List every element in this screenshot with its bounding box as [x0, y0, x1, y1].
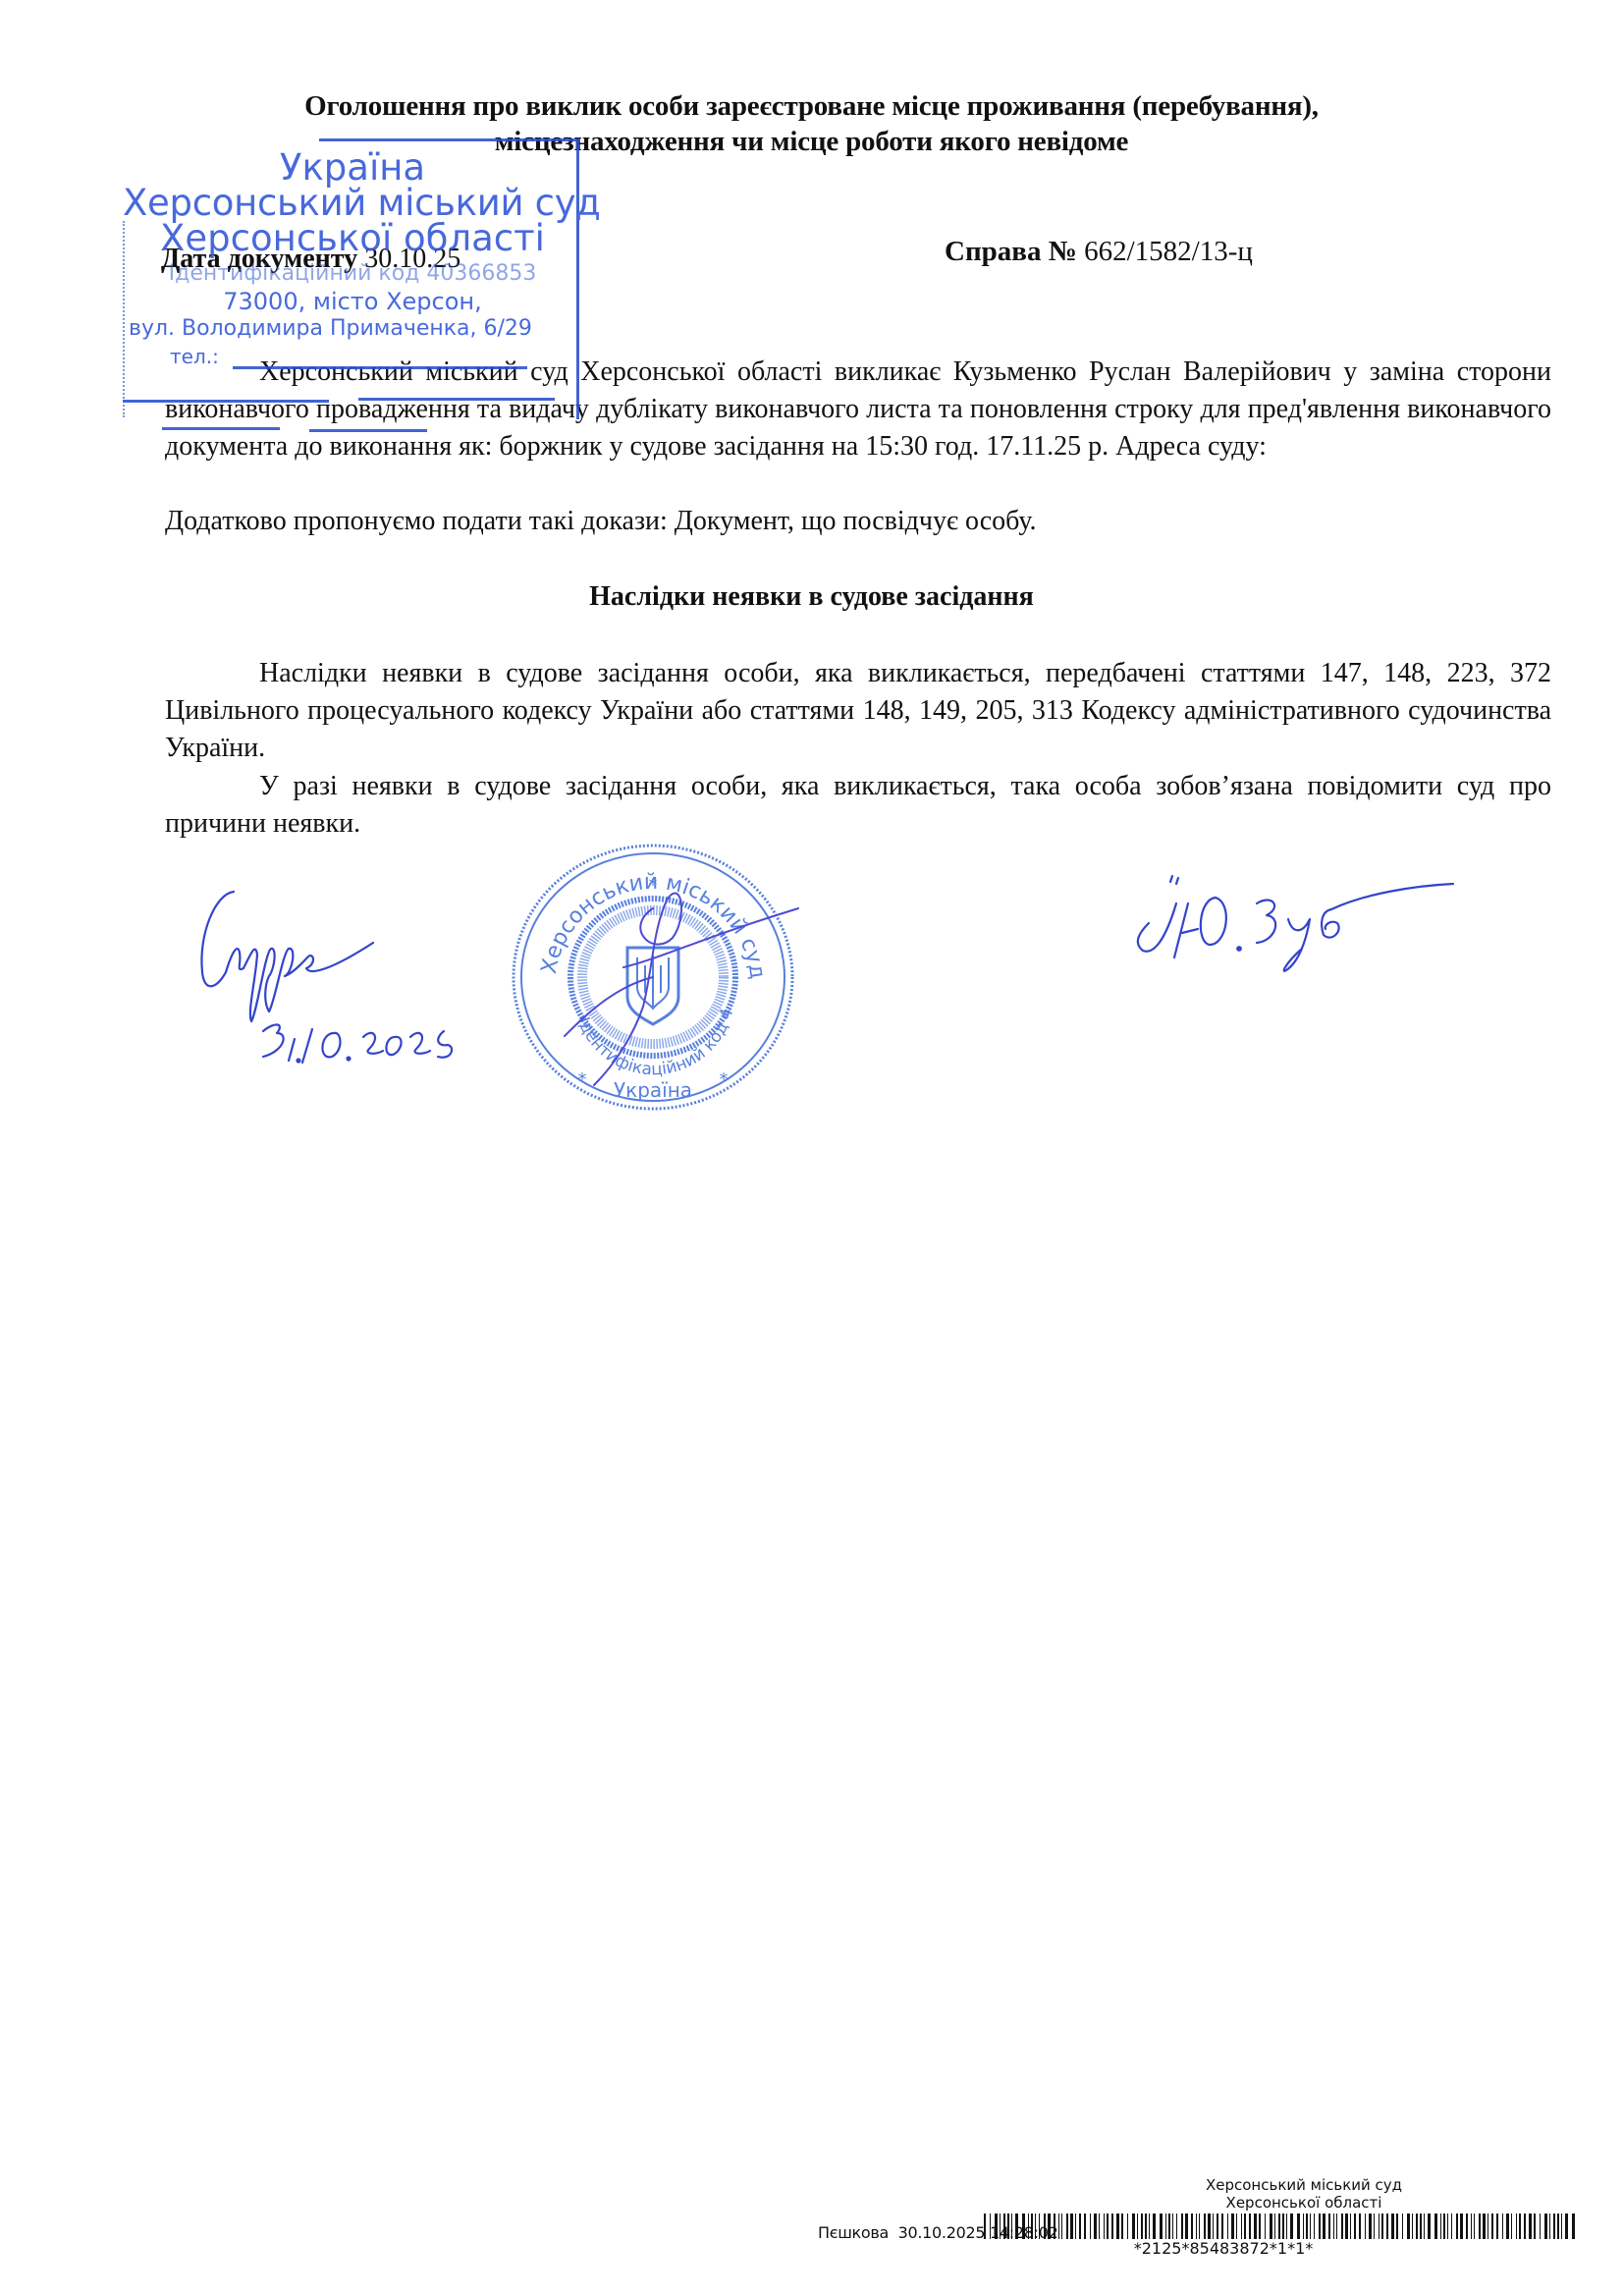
barcode-bar — [1524, 2214, 1526, 2239]
barcode-bar — [1440, 2214, 1441, 2239]
barcode-bar — [1048, 2214, 1051, 2239]
barcode-bar — [1451, 2214, 1452, 2239]
summons-text: Херсонський міський суд Херсонської обла… — [165, 356, 1551, 462]
footer-court-name: Херсонський міський суд — [1176, 2176, 1432, 2194]
barcode-bar — [1341, 2214, 1343, 2239]
barcode-bar — [1460, 2214, 1463, 2239]
barcode-bar — [1075, 2214, 1076, 2239]
stamp-border-left — [123, 221, 126, 417]
barcode-bar — [1196, 2214, 1197, 2239]
seal-id-text: Ідентифікаційний код 40366853 — [506, 840, 737, 1079]
barcode-bar — [1534, 2214, 1536, 2239]
evidence-text: Додатково пропонуємо подати такі докази:… — [165, 506, 1037, 536]
barcode-bar — [1359, 2214, 1361, 2239]
barcode-bar — [1420, 2214, 1422, 2239]
barcode-bar — [1270, 2214, 1272, 2239]
case-number-label: Справа № — [945, 236, 1077, 267]
barcode-bar — [1561, 2214, 1562, 2239]
barcode-bar — [1217, 2214, 1218, 2239]
barcode-bar — [1350, 2214, 1351, 2239]
barcode-bar — [1254, 2214, 1257, 2239]
barcode-bar — [1191, 2214, 1193, 2239]
summons-paragraph: Херсонський міський суд Херсонської обла… — [165, 354, 1551, 465]
barcode-bar — [1328, 2214, 1330, 2239]
barcode-bar — [1407, 2214, 1410, 2239]
barcode-bar — [1116, 2214, 1119, 2239]
barcode-bar — [1323, 2214, 1325, 2239]
barcode-bar — [1443, 2214, 1445, 2239]
document-date-value: 30.10.25 — [364, 244, 460, 274]
barcode-bar — [1172, 2214, 1173, 2239]
barcode-bar — [1090, 2214, 1091, 2239]
barcode-bar — [1165, 2214, 1166, 2239]
barcode-bar — [1381, 2214, 1383, 2239]
barcode-bar — [1153, 2214, 1156, 2239]
barcode-bar — [1227, 2214, 1228, 2239]
document-barcode — [984, 2214, 1583, 2239]
barcode-bar — [1199, 2214, 1200, 2239]
barcode-bar — [1149, 2214, 1150, 2239]
barcode-bar — [1412, 2214, 1413, 2239]
barcode-bar — [1031, 2214, 1033, 2239]
barcode-bar — [984, 2214, 986, 2239]
barcode-bar — [1145, 2214, 1147, 2239]
barcode-bar — [1434, 2214, 1437, 2239]
barcode-bar — [1084, 2214, 1086, 2239]
barcode-bar — [1374, 2214, 1375, 2239]
barcode-bar — [1365, 2214, 1366, 2239]
barcode-bar — [1447, 2214, 1448, 2239]
barcode-bar — [1491, 2214, 1493, 2239]
barcode-bar — [1035, 2214, 1036, 2239]
barcode-bar — [1249, 2214, 1251, 2239]
barcode-bar — [1176, 2214, 1177, 2239]
barcode-bar — [1221, 2214, 1223, 2239]
barcode-bar — [1028, 2214, 1029, 2239]
barcode-bar — [1506, 2214, 1509, 2239]
barcode-bar — [1079, 2214, 1081, 2239]
barcode-bar — [1099, 2214, 1100, 2239]
barcode-bar — [1466, 2214, 1468, 2239]
document-date: Дата документу 30.10.25 — [161, 244, 460, 275]
barcode-bar — [1396, 2214, 1398, 2239]
barcode-bar — [990, 2214, 991, 2239]
barcode-bar — [1181, 2214, 1183, 2239]
barcode-bar — [1354, 2214, 1356, 2239]
barcode-bar — [1471, 2214, 1472, 2239]
barcode-bar — [1007, 2214, 1009, 2239]
barcode-bar — [1204, 2214, 1206, 2239]
barcode-bar — [1104, 2214, 1105, 2239]
barcode-bar — [995, 2214, 998, 2239]
consequences-heading: Наслідки неявки в судове засідання — [0, 581, 1623, 613]
notice-paragraph: У разі неявки в судове засідання особи, … — [165, 768, 1551, 843]
barcode-bar — [1297, 2214, 1300, 2239]
barcode-bar — [1039, 2214, 1040, 2239]
barcode-bar — [1479, 2214, 1481, 2239]
barcode-bar — [1544, 2214, 1547, 2239]
svg-text:*: * — [578, 1069, 587, 1090]
barcode-bar — [1488, 2214, 1488, 2239]
stamp-city: 73000, місто Херсон, — [123, 288, 582, 315]
barcode-bar — [1345, 2214, 1348, 2239]
barcode-bar — [1000, 2214, 1001, 2239]
barcode-bar — [1519, 2214, 1521, 2239]
barcode-bar — [1553, 2214, 1555, 2239]
barcode-bar — [1416, 2214, 1418, 2239]
barcode-bar — [1132, 2214, 1135, 2239]
barcode-bar — [1529, 2214, 1532, 2239]
barcode-bar — [1107, 2214, 1109, 2239]
barcode-bar — [1044, 2214, 1046, 2239]
barcode-bar — [1319, 2214, 1321, 2239]
barcode-bar — [1137, 2214, 1138, 2239]
barcode-bar — [1259, 2214, 1261, 2239]
barcode-bar — [1428, 2214, 1431, 2239]
barcode-bar — [1278, 2214, 1280, 2239]
barcode-bar — [1549, 2214, 1550, 2239]
barcode-bar — [1022, 2214, 1025, 2239]
barcode-bar — [1565, 2214, 1568, 2239]
seal-country-text: Україна — [614, 1078, 692, 1102]
barcode-bar — [1141, 2214, 1143, 2239]
case-number: Справа № 662/1582/13-ц — [945, 236, 1253, 268]
footer-clerk: Пєшкова — [818, 2223, 889, 2242]
consequences-paragraph: Наслідки неявки в судове засідання особи… — [165, 655, 1551, 767]
barcode-bar — [1070, 2214, 1073, 2239]
barcode-bar — [1557, 2214, 1559, 2239]
document-date-label: Дата документу — [161, 244, 357, 274]
barcode-bar — [1121, 2214, 1123, 2239]
document-title-line-2: місцезнаходження чи місце роботи якого н… — [0, 126, 1623, 158]
svg-text:*: * — [649, 875, 658, 896]
barcode-bar — [1066, 2214, 1068, 2239]
barcode-bar — [1424, 2214, 1425, 2239]
barcode-bar — [1336, 2214, 1337, 2239]
barcode-bar — [1386, 2214, 1388, 2239]
barcode-bar — [1286, 2214, 1287, 2239]
consequences-text: Наслідки неявки в судове засідання особи… — [165, 658, 1551, 763]
barcode-bar — [1058, 2214, 1059, 2239]
barcode-bar — [1236, 2214, 1237, 2239]
barcode-bar — [1290, 2214, 1293, 2239]
notice-text: У разі неявки в судове засідання особи, … — [165, 771, 1551, 839]
barcode-bar — [1306, 2214, 1308, 2239]
barcode-bar — [1314, 2214, 1315, 2239]
court-round-seal: Херсонський міський суд Херсонської обла… — [506, 840, 800, 1115]
barcode-bar — [1379, 2214, 1380, 2239]
barcode-bar — [1011, 2214, 1012, 2239]
barcode-bar — [1127, 2214, 1128, 2239]
barcode-bar — [1160, 2214, 1163, 2239]
barcode-bar — [1572, 2214, 1575, 2239]
barcode-bar — [1391, 2214, 1394, 2239]
barcode-bar — [1231, 2214, 1234, 2239]
barcode-bar — [1168, 2214, 1170, 2239]
evidence-paragraph: Додатково пропонуємо подати такі докази:… — [165, 503, 1551, 540]
trident-emblem-icon — [627, 948, 678, 1024]
barcode-bar — [1265, 2214, 1266, 2239]
barcode-bar — [1241, 2214, 1242, 2239]
handwritten-signature-left — [187, 874, 540, 1070]
barcode-bar — [1540, 2214, 1541, 2239]
barcode-bar — [1369, 2214, 1372, 2239]
barcode-bar — [1185, 2214, 1188, 2239]
barcode-bar — [1483, 2214, 1486, 2239]
stamp-court-name: Херсонський міський суд — [123, 182, 582, 224]
barcode-bar — [1333, 2214, 1334, 2239]
barcode-bar — [1496, 2214, 1498, 2239]
seal-ring-text: Херсонський міський суд Херсонської обла… — [506, 840, 770, 987]
barcode-bar — [1244, 2214, 1246, 2239]
barcode-bar — [1054, 2214, 1055, 2239]
barcode-bar — [1303, 2214, 1304, 2239]
barcode-bar — [1511, 2214, 1512, 2239]
handwritten-signature-right — [1129, 864, 1473, 982]
barcode-bar — [1310, 2214, 1311, 2239]
barcode-bar — [1015, 2214, 1018, 2239]
case-number-value: 662/1582/13-ц — [1084, 236, 1253, 267]
barcode-bar — [1003, 2214, 1005, 2239]
barcode-bar — [1208, 2214, 1211, 2239]
document-title-line-1: Оголошення про виклик особи зареєстрован… — [0, 90, 1623, 123]
stamp-street: вул. Володимира Примаченка, 6/29 — [129, 316, 588, 341]
barcode-bar — [1282, 2214, 1284, 2239]
barcode-bar — [1516, 2214, 1517, 2239]
barcode-bar — [1274, 2214, 1275, 2239]
barcode-bar — [1061, 2214, 1062, 2239]
barcode-bar — [1402, 2214, 1403, 2239]
barcode-bar — [1474, 2214, 1475, 2239]
barcode-bar — [1502, 2214, 1503, 2239]
barcode-bar — [1111, 2214, 1113, 2239]
barcode-bar — [1456, 2214, 1458, 2239]
barcode-number: *2125*85483872*1*1* — [1076, 2239, 1371, 2258]
barcode-bar — [1213, 2214, 1214, 2239]
barcode-bar — [1094, 2214, 1097, 2239]
footer-court-region: Херсонської області — [1176, 2194, 1432, 2212]
svg-text:*: * — [720, 1069, 729, 1090]
